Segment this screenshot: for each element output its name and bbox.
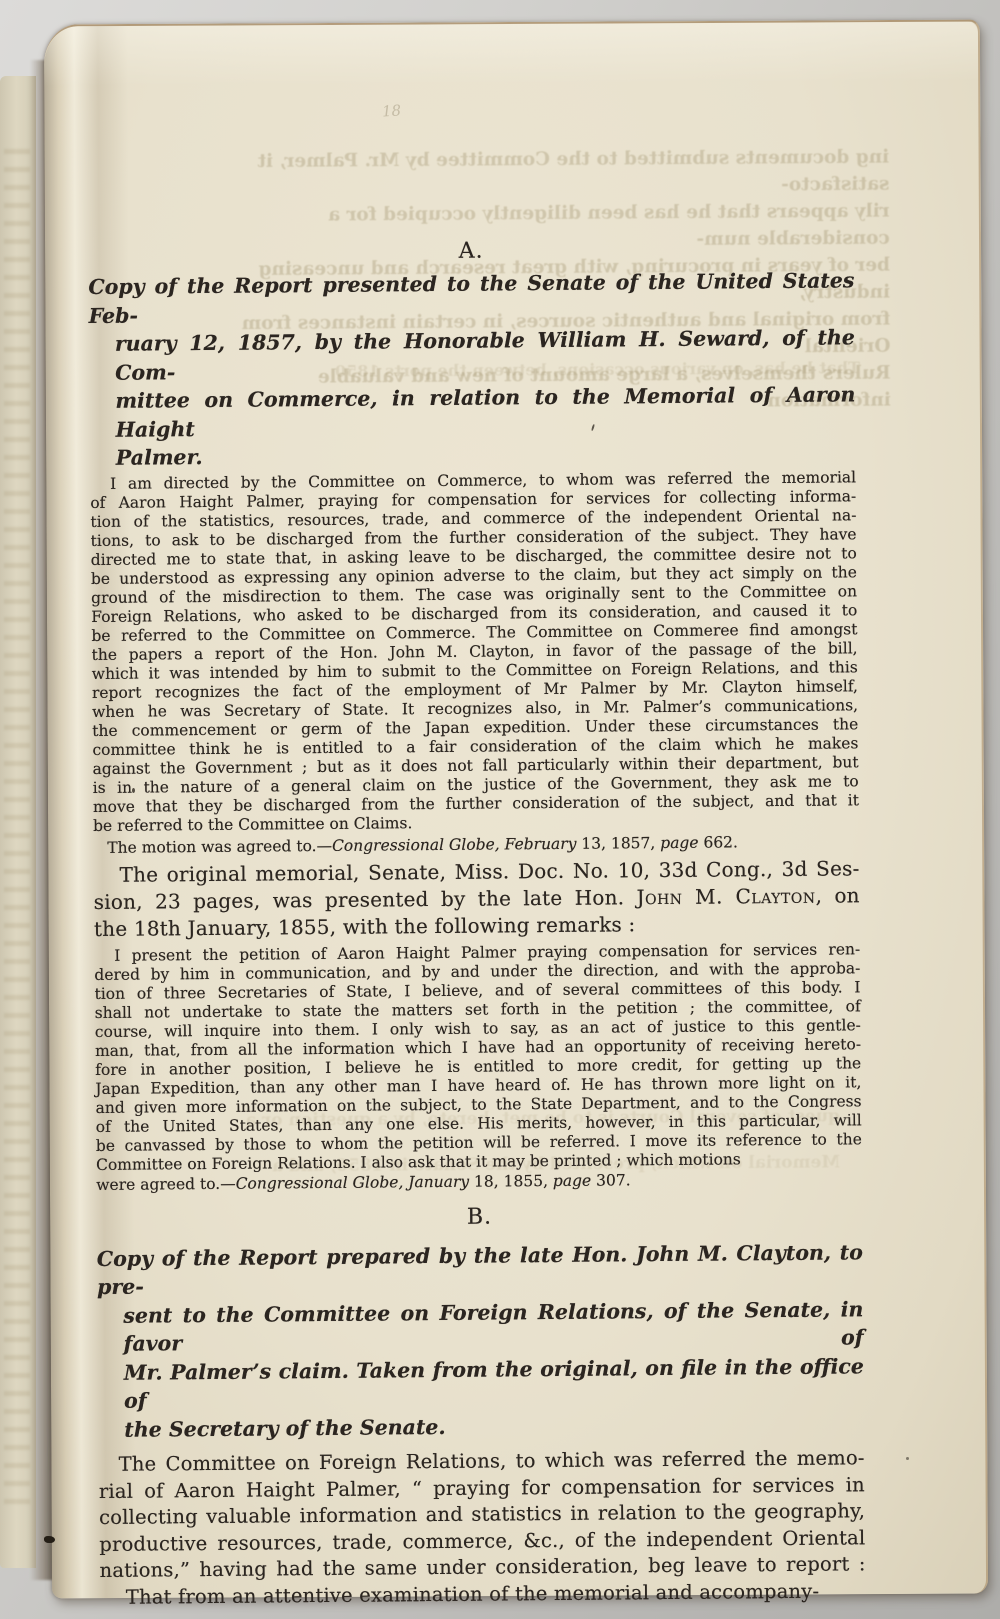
citation-page-word: page bbox=[553, 1171, 591, 1189]
citation-page-number: 307. bbox=[591, 1171, 631, 1189]
text-line: mittee on Commerce, in relation to the M… bbox=[89, 380, 855, 444]
section-a-report-paragraph: I am directed by the Committee on Commer… bbox=[90, 468, 859, 836]
text-line: Mr. Palmer’s claim. Taken from the origi… bbox=[98, 1352, 864, 1416]
clayton-name-smallcaps: John M. Clayton bbox=[636, 883, 815, 909]
remarks-text: were agreed to.— bbox=[96, 1174, 236, 1193]
scan-speck bbox=[44, 1536, 55, 1543]
facing-page-showthrough bbox=[4, 136, 30, 1508]
scan-speck bbox=[132, 788, 135, 793]
citation-page-number: 662. bbox=[698, 833, 738, 851]
scan-speck bbox=[906, 1457, 909, 1460]
clayton-remarks-quote: I present the petition of Aaron Haight P… bbox=[94, 940, 862, 1175]
memorial-line2-post: , on bbox=[815, 883, 859, 907]
memorial-paragraph: The original memorial, Senate, Miss. Doc… bbox=[93, 855, 860, 943]
text-line: Copy of the Report prepared by the late … bbox=[97, 1238, 863, 1302]
text-line: ing documents submitted to the Committee… bbox=[189, 144, 889, 203]
page-top-highlight bbox=[44, 22, 978, 87]
section-b-heading: Copy of the Report prepared by the late … bbox=[97, 1238, 865, 1444]
motion-citation-line: The motion was agreed to.—Congressional … bbox=[93, 831, 859, 858]
motion-text: The motion was agreed to.— bbox=[107, 836, 332, 856]
text-line: Palmer. bbox=[90, 437, 856, 472]
section-b-label: B. bbox=[96, 1202, 862, 1233]
citation-date: 13, 1857, bbox=[576, 834, 660, 853]
pencil-mark: 18 bbox=[381, 101, 401, 120]
text-line: the Secretary of the Senate. bbox=[98, 1409, 864, 1444]
book-scan-scene: ing documents submitted to the Committee… bbox=[0, 0, 1000, 1619]
text-line: ruary 12, 1857, by the Honorable William… bbox=[89, 323, 855, 387]
citation-date: 18, 1855, bbox=[469, 1171, 553, 1190]
section-a-heading: Copy of the Report presented to the Sena… bbox=[88, 266, 856, 472]
citation-source: Congressional Globe, February bbox=[332, 834, 577, 854]
memorial-line2-pre: sion, 23 pages, was presented by the lat… bbox=[94, 885, 637, 914]
page-content: A. Copy of the Report presented to the S… bbox=[88, 236, 866, 1611]
section-b-report-paragraph: The Committee on Foreign Relations, to w… bbox=[99, 1445, 866, 1584]
text-line: sent to the Committee on Foreign Relatio… bbox=[97, 1295, 863, 1359]
citation-page-word: page bbox=[660, 833, 698, 851]
citation-source: Congressional Globe, January bbox=[236, 1172, 470, 1192]
text-line: Copy of the Report presented to the Sena… bbox=[88, 266, 854, 330]
